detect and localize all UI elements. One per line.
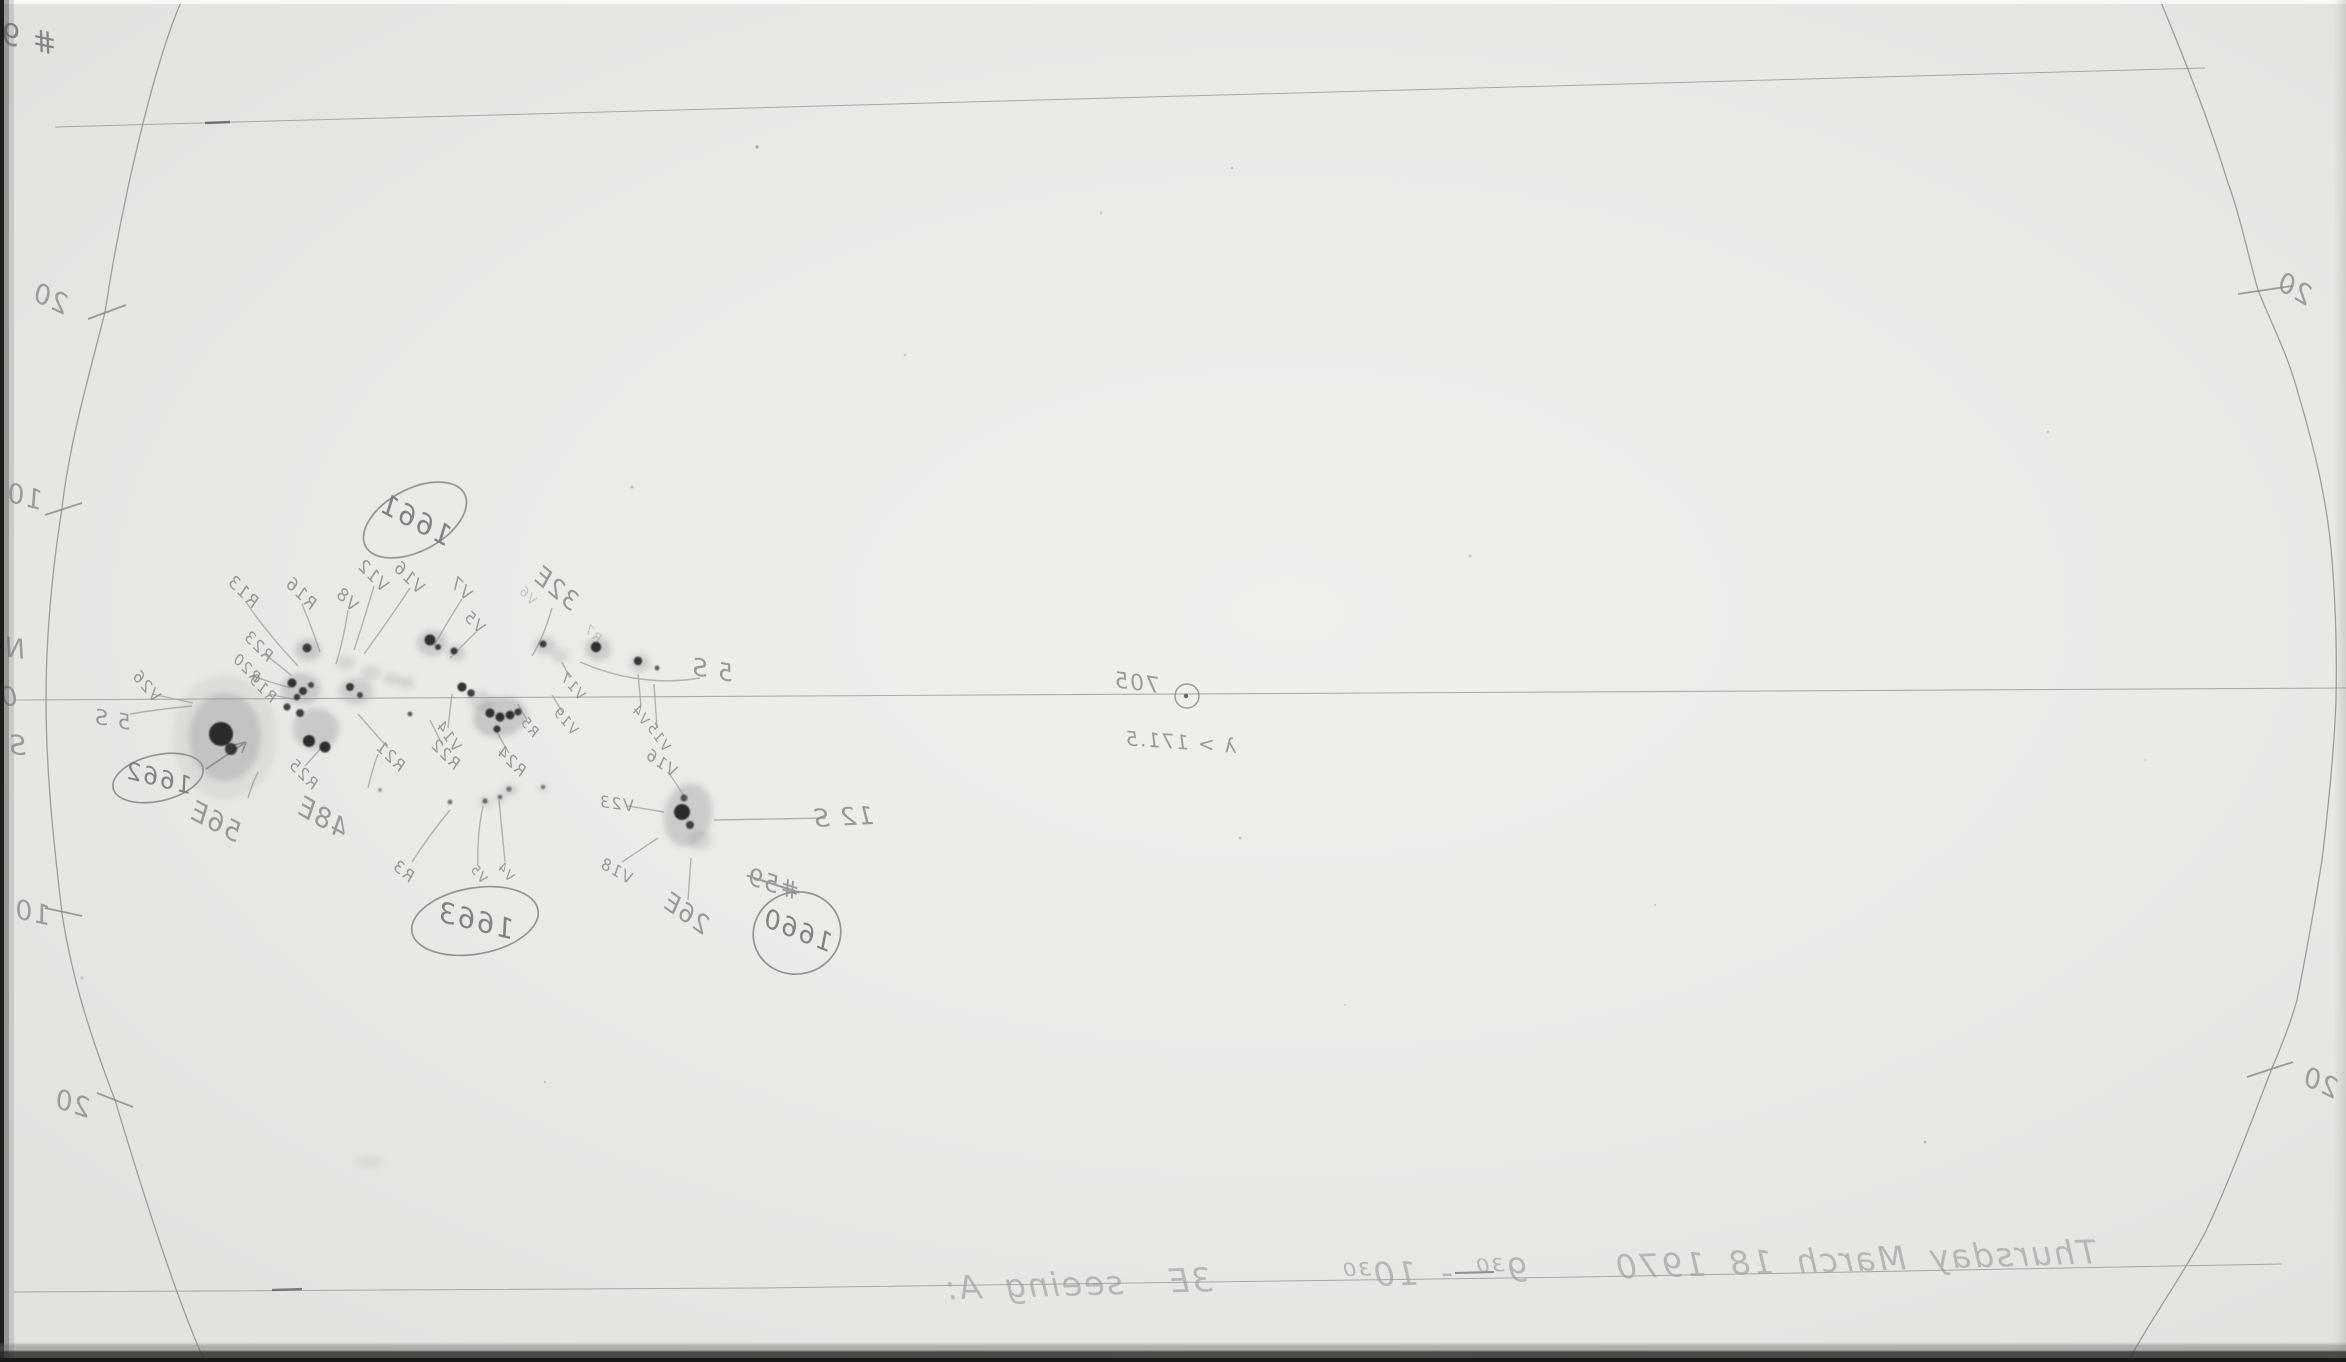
spot-label-V17: V17 xyxy=(556,669,587,702)
spot-label-V5: V5 xyxy=(460,608,488,636)
spot-label-56E: 56E xyxy=(184,797,246,847)
scanned-sunspot-drawing: Thursday March 18 1970 9³⁰ - 10³⁰ 3E see… xyxy=(0,0,2346,1362)
spot-label-R24: R24 xyxy=(493,743,530,780)
spot-label-R19: R19 xyxy=(245,671,280,706)
scan-edge-right xyxy=(2334,0,2346,1362)
spot-label-5S: 5 S xyxy=(689,654,735,685)
annotation-layer: Thursday March 18 1970 9³⁰ - 10³⁰ 3E see… xyxy=(0,0,2346,1362)
spot-label-#59: #59 xyxy=(743,864,803,904)
spot-label-V26: V26 xyxy=(128,667,163,705)
spot-label-R7: R7 xyxy=(580,622,604,646)
spot-label-R5: R5 xyxy=(517,714,542,740)
spot-label-26E: 26E xyxy=(657,888,714,938)
spot-label-V18: V18 xyxy=(596,855,635,887)
spot-label-32E: 32E xyxy=(528,562,584,615)
spot-label-V19: V19 xyxy=(549,704,580,737)
group-label-1662: 1662 xyxy=(122,758,195,798)
spot-label-R25: R25 xyxy=(285,756,322,793)
group-label-1660: 1660 xyxy=(758,905,837,957)
spot-label-R13: R13 xyxy=(223,573,262,612)
group-label-1663: 1663 xyxy=(433,898,517,944)
spot-label-V16: V16 xyxy=(642,746,681,780)
spot-label-48E: 48E xyxy=(291,792,353,843)
spot-label-V23: V23 xyxy=(597,794,635,815)
spot-label-R21: R21 xyxy=(372,738,409,775)
spot-label-R16: R16 xyxy=(281,575,320,614)
scan-edge-top xyxy=(0,0,2346,4)
spot-label-V5: V5 xyxy=(467,862,490,886)
spot-label-V4: V4 xyxy=(494,860,517,884)
date-annotation: Thursday March 18 1970 9³⁰ - 10³⁰ 3E see… xyxy=(943,1235,2098,1304)
scan-edge-bottom xyxy=(0,1336,2346,1362)
latitude-label-20: 20 xyxy=(27,279,72,319)
spot-label-5S: 5 S xyxy=(92,706,133,733)
scan-edge-left xyxy=(0,0,20,1362)
spot-label-V12: V12 xyxy=(353,557,392,596)
spot-label-V7: V7 xyxy=(445,574,475,604)
spot-label-12S: 12 S xyxy=(812,803,875,831)
spot-label-V8: V8 xyxy=(331,585,361,615)
spot-label-λ>171.5: λ > 171.5 xyxy=(1123,728,1236,756)
spot-label-V16: V16 xyxy=(389,559,428,598)
spot-label-705: 705 xyxy=(1111,670,1160,698)
group-label-1661: 1661 xyxy=(373,489,456,551)
latitude-label-20: 20 xyxy=(50,1085,94,1122)
latitude-label-20: 20 xyxy=(2271,268,2317,310)
spot-label-R3: R3 xyxy=(389,857,418,885)
